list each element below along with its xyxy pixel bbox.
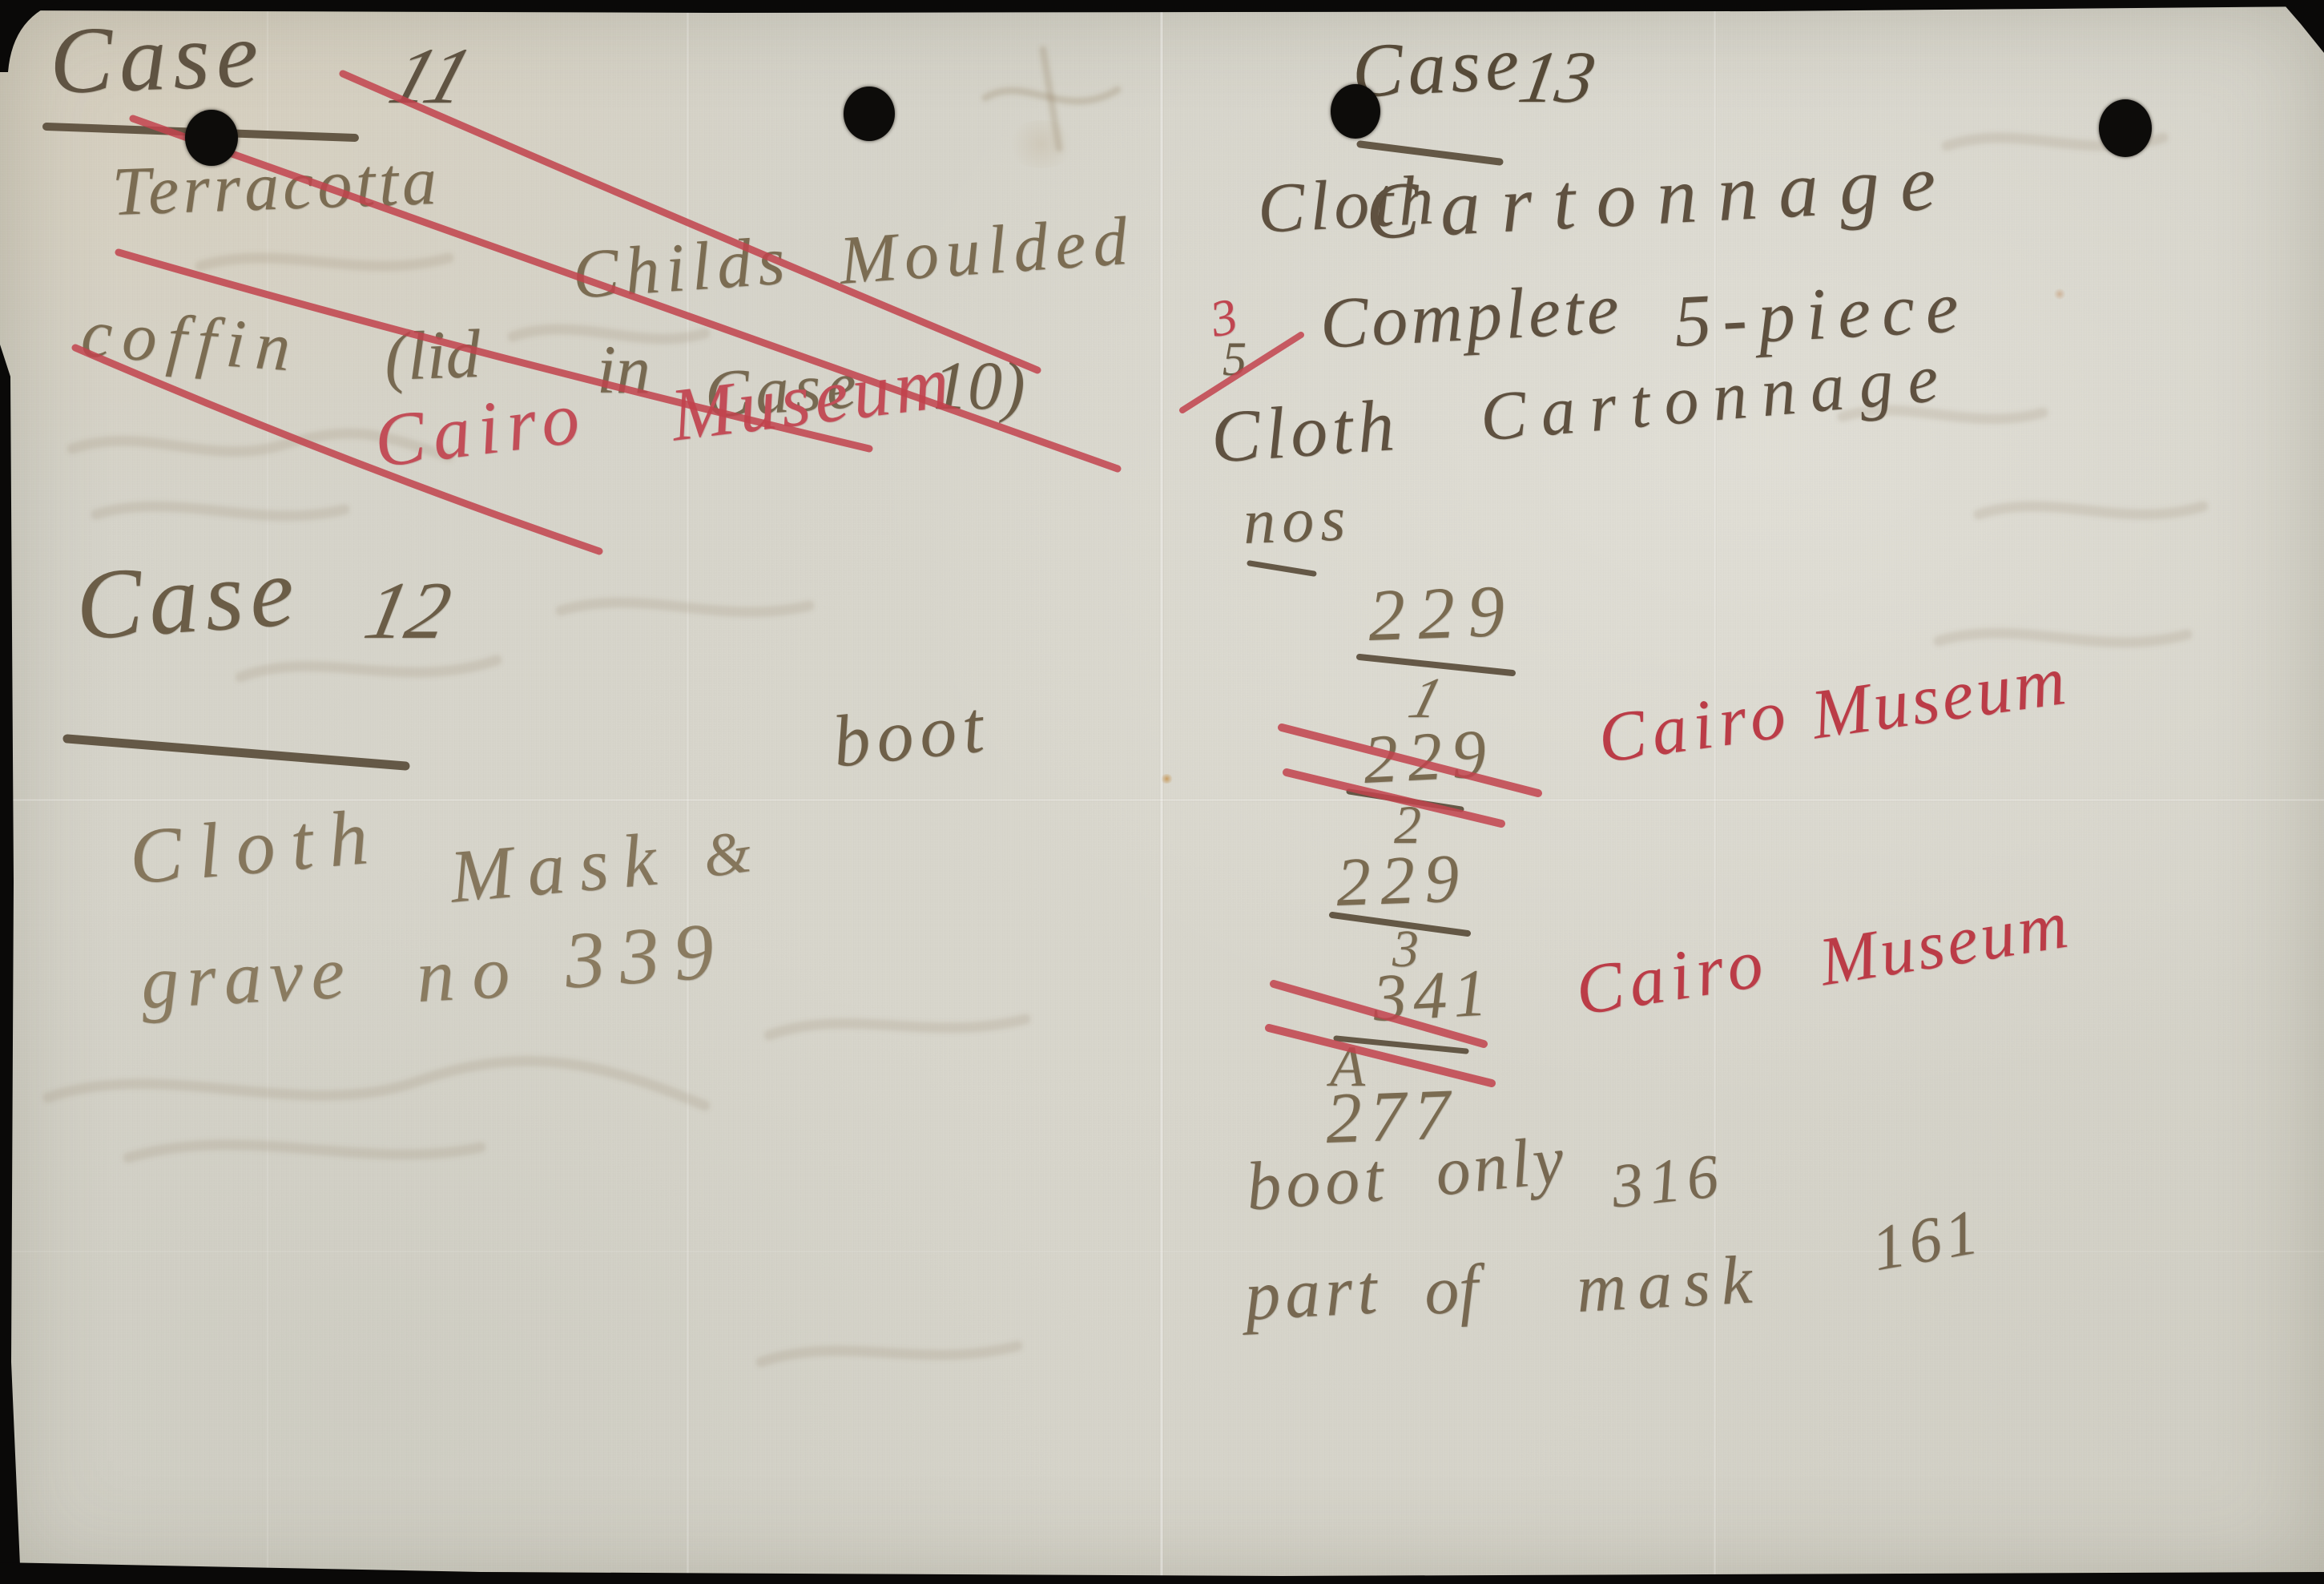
fraction-229-3-num: 229 xyxy=(1335,843,1469,917)
case-12-heading: Case xyxy=(73,542,304,656)
case-11-heading: Case xyxy=(48,7,266,109)
case-12-number: 12 xyxy=(358,570,457,652)
word-cloth-r2: Cloth xyxy=(1209,388,1401,474)
word-terracotta: Terracotta xyxy=(111,146,441,226)
rust-stain xyxy=(1160,774,1174,784)
word-lid: (lid xyxy=(383,319,481,391)
paper-sheet xyxy=(0,0,2324,1584)
fraction-229-2-num: 229 xyxy=(1362,718,1497,794)
fraction-341-num: 341 xyxy=(1371,959,1495,1033)
word-part: part xyxy=(1243,1255,1384,1332)
scanned-document: Case 11 Terracotta Childs Moulded coffin… xyxy=(0,0,2324,1584)
fraction-229-1-num: 229 xyxy=(1367,574,1518,652)
case-13-number: 13 xyxy=(1514,40,1601,114)
punch-hole xyxy=(185,110,238,166)
word-cloth-left: Cloth xyxy=(127,796,387,897)
word-of: of xyxy=(1423,1254,1480,1325)
word-no: no xyxy=(415,933,530,1014)
punch-hole xyxy=(1331,84,1380,139)
word-only: only xyxy=(1432,1124,1570,1207)
punch-hole xyxy=(844,87,895,141)
word-coffin: coffin xyxy=(79,298,303,382)
paper-stain xyxy=(1005,120,1077,168)
word-childs: Childs xyxy=(570,225,793,309)
paper-stain xyxy=(2053,288,2066,300)
word-complete: Complete xyxy=(1319,272,1624,361)
word-boot-left: boot xyxy=(829,689,993,779)
word-boot-right: boot xyxy=(1244,1143,1390,1221)
struck-word-5: 5 xyxy=(1222,335,1247,383)
word-mask-left: Mask xyxy=(447,820,674,915)
word-grave: grave xyxy=(139,934,355,1021)
punch-hole xyxy=(2099,99,2152,157)
number-316: 316 xyxy=(1609,1143,1727,1217)
word-ampersand: & xyxy=(699,820,755,887)
word-nos: nos xyxy=(1243,486,1353,554)
word-mask-right: mask xyxy=(1575,1244,1765,1323)
word-in: in xyxy=(597,335,650,404)
grave-number: 339 xyxy=(562,910,731,1002)
